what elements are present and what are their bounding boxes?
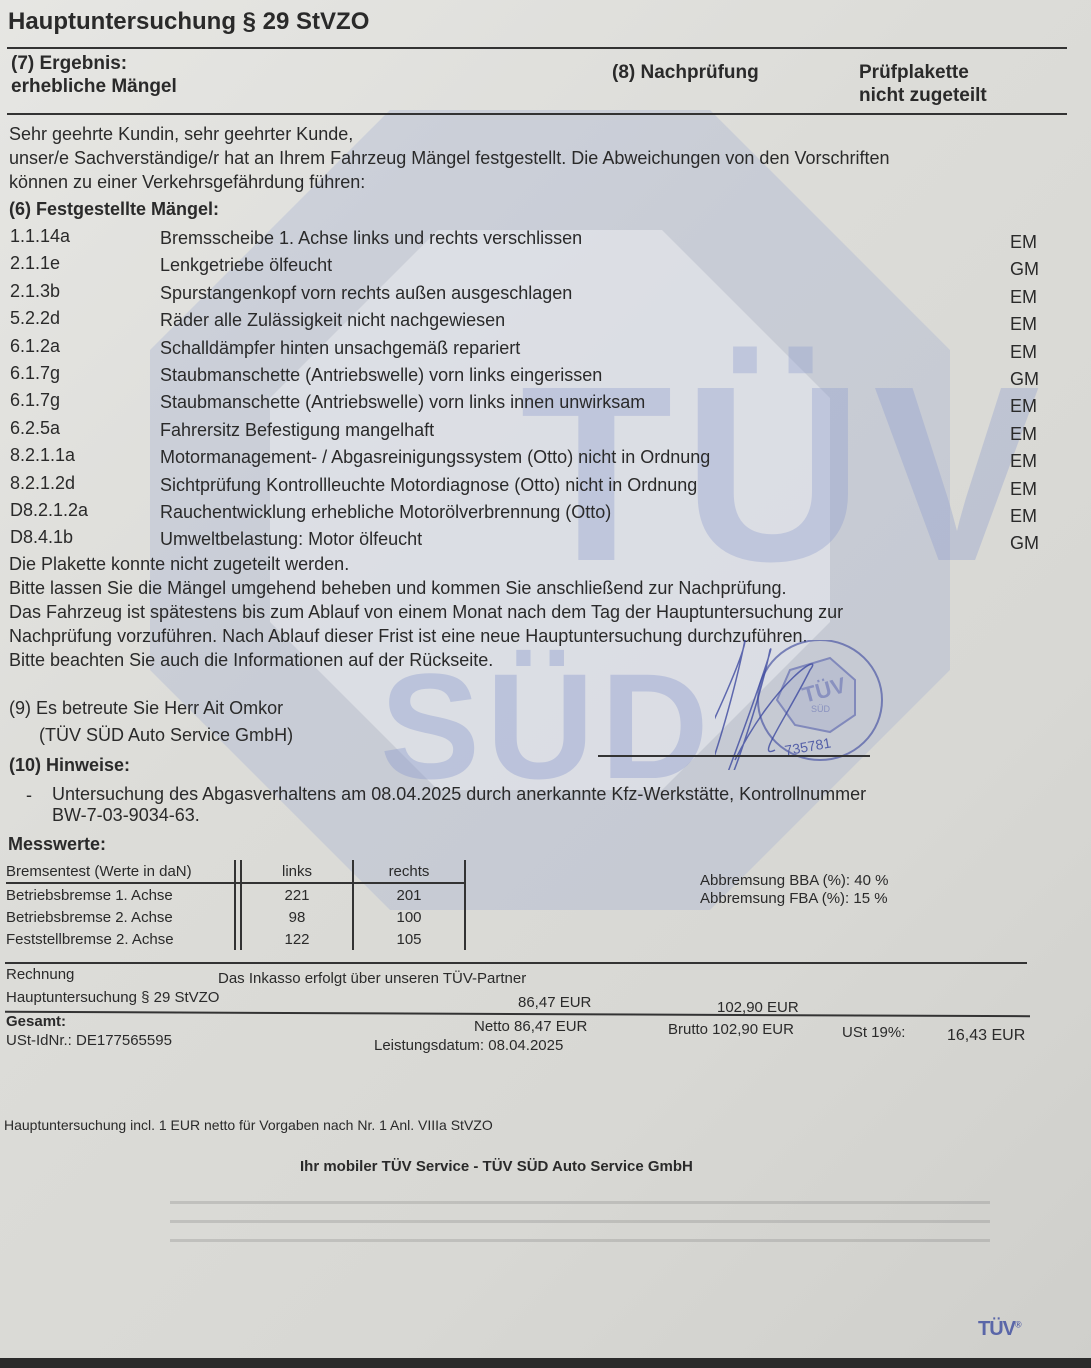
notice-line: Bitte lassen Sie die Mängel umgehend beh… bbox=[9, 576, 843, 600]
document-title: Hauptuntersuchung § 29 StVZO bbox=[8, 8, 369, 36]
vat-id: USt-IdNr.: DE177565595 bbox=[6, 1032, 172, 1049]
brake-right-value: 105 bbox=[353, 928, 465, 950]
total-label: Gesamt: bbox=[6, 1013, 66, 1030]
paper-bottom-edge bbox=[0, 1358, 1091, 1368]
defect-code: 2.1.3b bbox=[10, 281, 60, 302]
signature-line bbox=[598, 755, 870, 757]
defect-description: Schalldämpfer hinten unsachgemäß reparie… bbox=[160, 338, 520, 359]
service-date: Leistungsdatum: 08.04.2025 bbox=[374, 1037, 563, 1054]
defect-severity: GM bbox=[1010, 369, 1039, 390]
invoice-label: Rechnung bbox=[6, 966, 74, 983]
intro-text: Sehr geehrte Kundin, sehr geehrter Kunde… bbox=[9, 122, 890, 194]
defect-description: Umweltbelastung: Motor ölfeucht bbox=[160, 529, 422, 550]
defect-description: Bremsscheibe 1. Achse links und rechts v… bbox=[160, 228, 582, 249]
defect-severity: EM bbox=[1010, 314, 1037, 335]
defect-severity: EM bbox=[1010, 232, 1037, 253]
intro-line: können zu einer Verkehrsgefährdung führe… bbox=[9, 170, 890, 194]
footnote: Hauptuntersuchung incl. 1 EUR netto für … bbox=[4, 1117, 493, 1133]
defect-row: D8.4.1bUmweltbelastung: Motor ölfeuchtGM bbox=[0, 527, 1091, 554]
fba-ratio: Abbremsung FBA (%): 15 % bbox=[700, 890, 888, 908]
invoice-divider-bottom bbox=[5, 1011, 1030, 1017]
reverse-side-bleed bbox=[170, 1185, 990, 1275]
brake-left-value: 221 bbox=[241, 883, 353, 906]
result-block: (7) Ergebnis: erhebliche Mängel bbox=[11, 52, 177, 98]
defect-description: Rauchentwicklung erhebliche Motorölverbr… bbox=[160, 502, 611, 523]
defect-code: 6.1.7g bbox=[10, 390, 60, 411]
intro-line: unser/e Sachverständige/r hat an Ihrem F… bbox=[9, 146, 890, 170]
sticker-line-2: nicht zugeteilt bbox=[859, 84, 987, 107]
defect-code: 6.1.2a bbox=[10, 336, 60, 357]
defect-row: 6.1.7gStaubmanschette (Antriebswelle) vo… bbox=[0, 363, 1091, 390]
invoice-divider-top bbox=[5, 962, 1027, 964]
brake-row: Betriebsbremse 2. Achse 98 100 bbox=[6, 906, 465, 928]
defect-row: 8.2.1.2dSichtprüfung Kontrollleuchte Mot… bbox=[0, 473, 1091, 500]
brake-right-value: 100 bbox=[353, 906, 465, 928]
defect-code: 6.1.7g bbox=[10, 363, 60, 384]
defect-code: D8.4.1b bbox=[10, 527, 73, 548]
brake-left-value: 98 bbox=[241, 906, 353, 928]
result-value: erhebliche Mängel bbox=[11, 75, 177, 98]
defect-row: 6.1.7gStaubmanschette (Antriebswelle) vo… bbox=[0, 390, 1091, 417]
defect-severity: EM bbox=[1010, 342, 1037, 363]
header-divider-bottom bbox=[7, 113, 1067, 115]
defect-description: Sichtprüfung Kontrollleuchte Motordiagno… bbox=[160, 475, 697, 496]
defect-code: 6.2.5a bbox=[10, 418, 60, 439]
defect-code: 8.2.1.1a bbox=[10, 445, 75, 466]
registered-mark-icon: ® bbox=[1015, 1319, 1021, 1329]
defect-row: 6.2.5aFahrersitz Befestigung mangelhaftE… bbox=[0, 418, 1091, 445]
svg-text:SÜD: SÜD bbox=[811, 704, 831, 714]
defect-severity: EM bbox=[1010, 451, 1037, 472]
defect-row: 2.1.3bSpurstangenkopf vorn rechts außen … bbox=[0, 281, 1091, 308]
collection-note: Das Inkasso erfolgt über unseren TÜV-Par… bbox=[218, 970, 526, 987]
brake-test-table: Bremsentest (Werte in daN) links rechts … bbox=[6, 860, 466, 950]
inspector-company: (TÜV SÜD Auto Service GmbH) bbox=[9, 722, 293, 749]
defect-description: Motormanagement- / Abgasreinigungssystem… bbox=[160, 447, 710, 468]
notice-line: Die Plakette konnte nicht zugeteilt werd… bbox=[9, 552, 843, 576]
inspector-name: (9) Es betreute Sie Herr Ait Omkor bbox=[9, 695, 293, 722]
defect-severity: EM bbox=[1010, 424, 1037, 445]
defect-severity: EM bbox=[1010, 506, 1037, 527]
service-line: Ihr mobiler TÜV Service - TÜV SÜD Auto S… bbox=[300, 1158, 693, 1175]
hint-line: BW-7-03-9034-63. bbox=[52, 805, 866, 826]
defect-description: Staubmanschette (Antriebswelle) vorn lin… bbox=[160, 365, 602, 386]
braking-ratios: Abbremsung BBA (%): 40 % Abbremsung FBA … bbox=[700, 872, 888, 908]
defects-heading: (6) Festgestellte Mängel: bbox=[9, 199, 219, 220]
defect-code: 8.2.1.2d bbox=[10, 473, 75, 494]
brake-header-right: rechts bbox=[353, 860, 465, 883]
defect-row: D8.2.1.2aRauchentwicklung erhebliche Mot… bbox=[0, 500, 1091, 527]
vat-amount: 16,43 EUR bbox=[947, 1027, 1025, 1045]
brake-row: Feststellbremse 2. Achse 122 105 bbox=[6, 928, 465, 950]
defect-description: Lenkgetriebe ölfeucht bbox=[160, 255, 332, 276]
hint-bullet: - bbox=[26, 785, 32, 806]
brake-table-header: Bremsentest (Werte in daN) links rechts bbox=[6, 860, 465, 883]
net-total: Netto 86,47 EUR bbox=[474, 1018, 587, 1035]
defect-row: 1.1.14aBremsscheibe 1. Achse links und r… bbox=[0, 226, 1091, 253]
inspection-stamp-icon: TÜV SÜD 735781 bbox=[715, 640, 885, 770]
invoice-item-net: 86,47 EUR bbox=[518, 994, 591, 1011]
defect-code: 1.1.14a bbox=[10, 226, 70, 247]
brake-row: Betriebsbremse 1. Achse 221 201 bbox=[6, 883, 465, 906]
measurements-heading: Messwerte: bbox=[8, 834, 106, 855]
sticker-line-1: Prüfplakette bbox=[859, 61, 987, 84]
defect-row: 2.1.1eLenkgetriebe ölfeuchtGM bbox=[0, 253, 1091, 280]
brake-right-value: 201 bbox=[353, 883, 465, 906]
brake-row-label: Betriebsbremse 1. Achse bbox=[6, 883, 235, 906]
defect-code: 2.1.1e bbox=[10, 253, 60, 274]
inspector-block: (9) Es betreute Sie Herr Ait Omkor (TÜV … bbox=[9, 695, 293, 749]
defect-row: 5.2.2dRäder alle Zulässigkeit nicht nach… bbox=[0, 308, 1091, 335]
brake-header-label: Bremsentest (Werte in daN) bbox=[6, 860, 235, 883]
defect-severity: GM bbox=[1010, 533, 1039, 554]
bba-ratio: Abbremsung BBA (%): 40 % bbox=[700, 872, 888, 890]
brake-row-label: Betriebsbremse 2. Achse bbox=[6, 906, 235, 928]
recheck-label: (8) Nachprüfung bbox=[612, 62, 759, 84]
sticker-status: Prüfplakette nicht zugeteilt bbox=[859, 61, 987, 107]
vat-label: USt 19%: bbox=[842, 1024, 905, 1041]
invoice-item-label: Hauptuntersuchung § 29 StVZO bbox=[6, 989, 219, 1006]
brake-row-label: Feststellbremse 2. Achse bbox=[6, 928, 235, 950]
notice-line: Das Fahrzeug ist spätestens bis zum Abla… bbox=[9, 600, 843, 624]
defect-description: Spurstangenkopf vorn rechts außen ausges… bbox=[160, 283, 572, 304]
header-divider-top bbox=[7, 47, 1067, 49]
tuv-logo: TÜV® bbox=[978, 1318, 1021, 1341]
defect-severity: EM bbox=[1010, 479, 1037, 500]
gross-total: Brutto 102,90 EUR bbox=[668, 1021, 794, 1038]
intro-line: Sehr geehrte Kundin, sehr geehrter Kunde… bbox=[9, 122, 890, 146]
hint-line: Untersuchung des Abgasverhaltens am 08.0… bbox=[52, 784, 866, 805]
hints-heading: (10) Hinweise: bbox=[9, 755, 130, 776]
result-label: (7) Ergebnis: bbox=[11, 52, 177, 75]
defect-description: Fahrersitz Befestigung mangelhaft bbox=[160, 420, 434, 441]
logo-text: TÜV bbox=[978, 1318, 1015, 1340]
defects-list: 1.1.14aBremsscheibe 1. Achse links und r… bbox=[0, 226, 1091, 555]
defect-severity: GM bbox=[1010, 259, 1039, 280]
brake-left-value: 122 bbox=[241, 928, 353, 950]
brake-header-left: links bbox=[241, 860, 353, 883]
defect-code: D8.2.1.2a bbox=[10, 500, 88, 521]
defect-description: Räder alle Zulässigkeit nicht nachgewies… bbox=[160, 310, 505, 331]
defect-code: 5.2.2d bbox=[10, 308, 60, 329]
defect-row: 6.1.2aSchalldämpfer hinten unsachgemäß r… bbox=[0, 336, 1091, 363]
defect-row: 8.2.1.1aMotormanagement- / Abgasreinigun… bbox=[0, 445, 1091, 472]
defect-description: Staubmanschette (Antriebswelle) vorn lin… bbox=[160, 392, 645, 413]
hint-text: Untersuchung des Abgasverhaltens am 08.0… bbox=[52, 784, 866, 826]
defect-severity: EM bbox=[1010, 396, 1037, 417]
defect-severity: EM bbox=[1010, 287, 1037, 308]
